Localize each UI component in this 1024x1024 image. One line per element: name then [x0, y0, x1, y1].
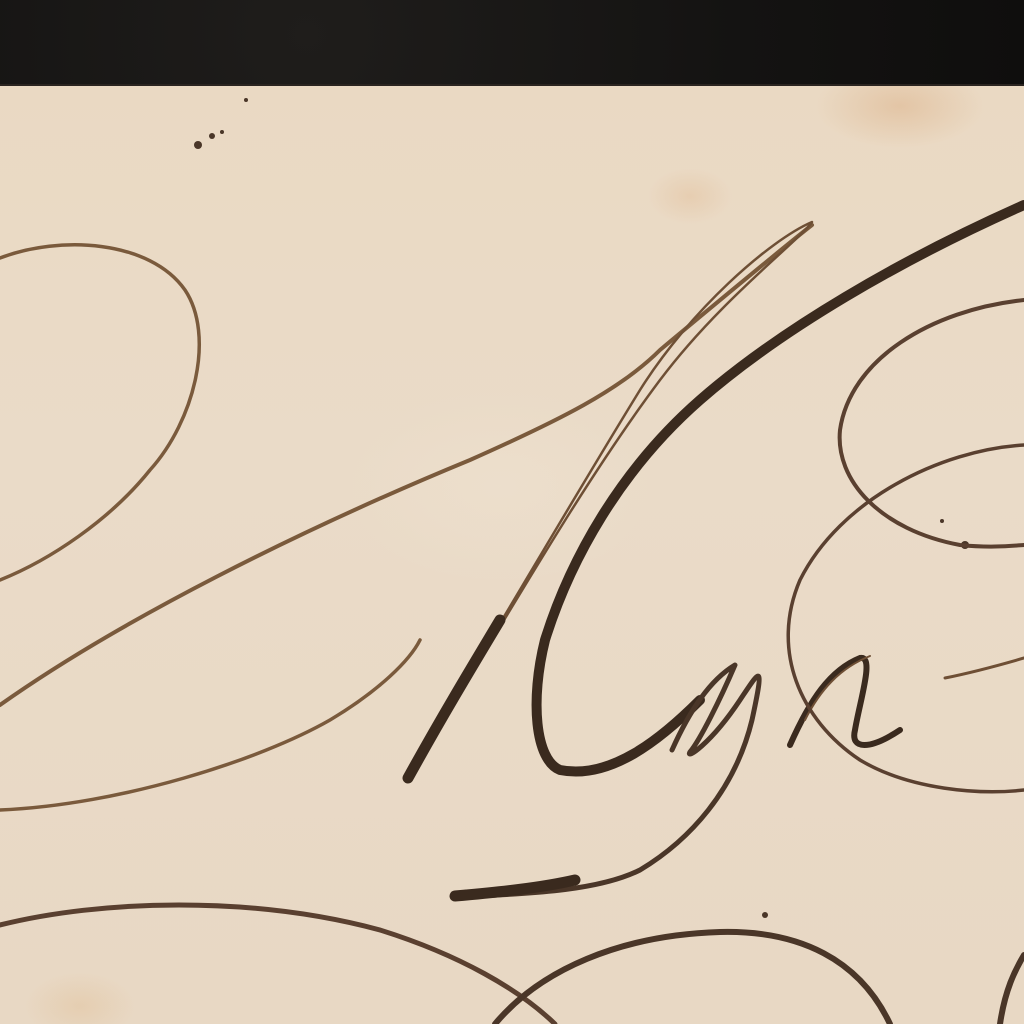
flourish-right-short-line: [945, 658, 1024, 678]
flourish-right-upper-oval: [840, 300, 1024, 547]
ink-specks: [194, 98, 969, 918]
flourish-bottom-right-arc: [1000, 955, 1024, 1024]
letter-M-main-stroke: [537, 205, 1024, 772]
calligraphy-strokes: [0, 0, 1024, 1024]
letter-M-first-downstroke: [408, 620, 500, 778]
flourish-bottom-left-arc: [0, 905, 555, 1024]
flourish-top-left-loop: [0, 245, 199, 580]
flourish-right-lower-oval: [788, 445, 1024, 792]
flourish-bottom-center-arc: [495, 932, 890, 1024]
manuscript-scan: Myn: [0, 0, 1024, 1024]
flourish-long-diagonal: [0, 225, 812, 705]
letter-y: [460, 665, 759, 897]
letter-y-tail: [455, 880, 575, 896]
